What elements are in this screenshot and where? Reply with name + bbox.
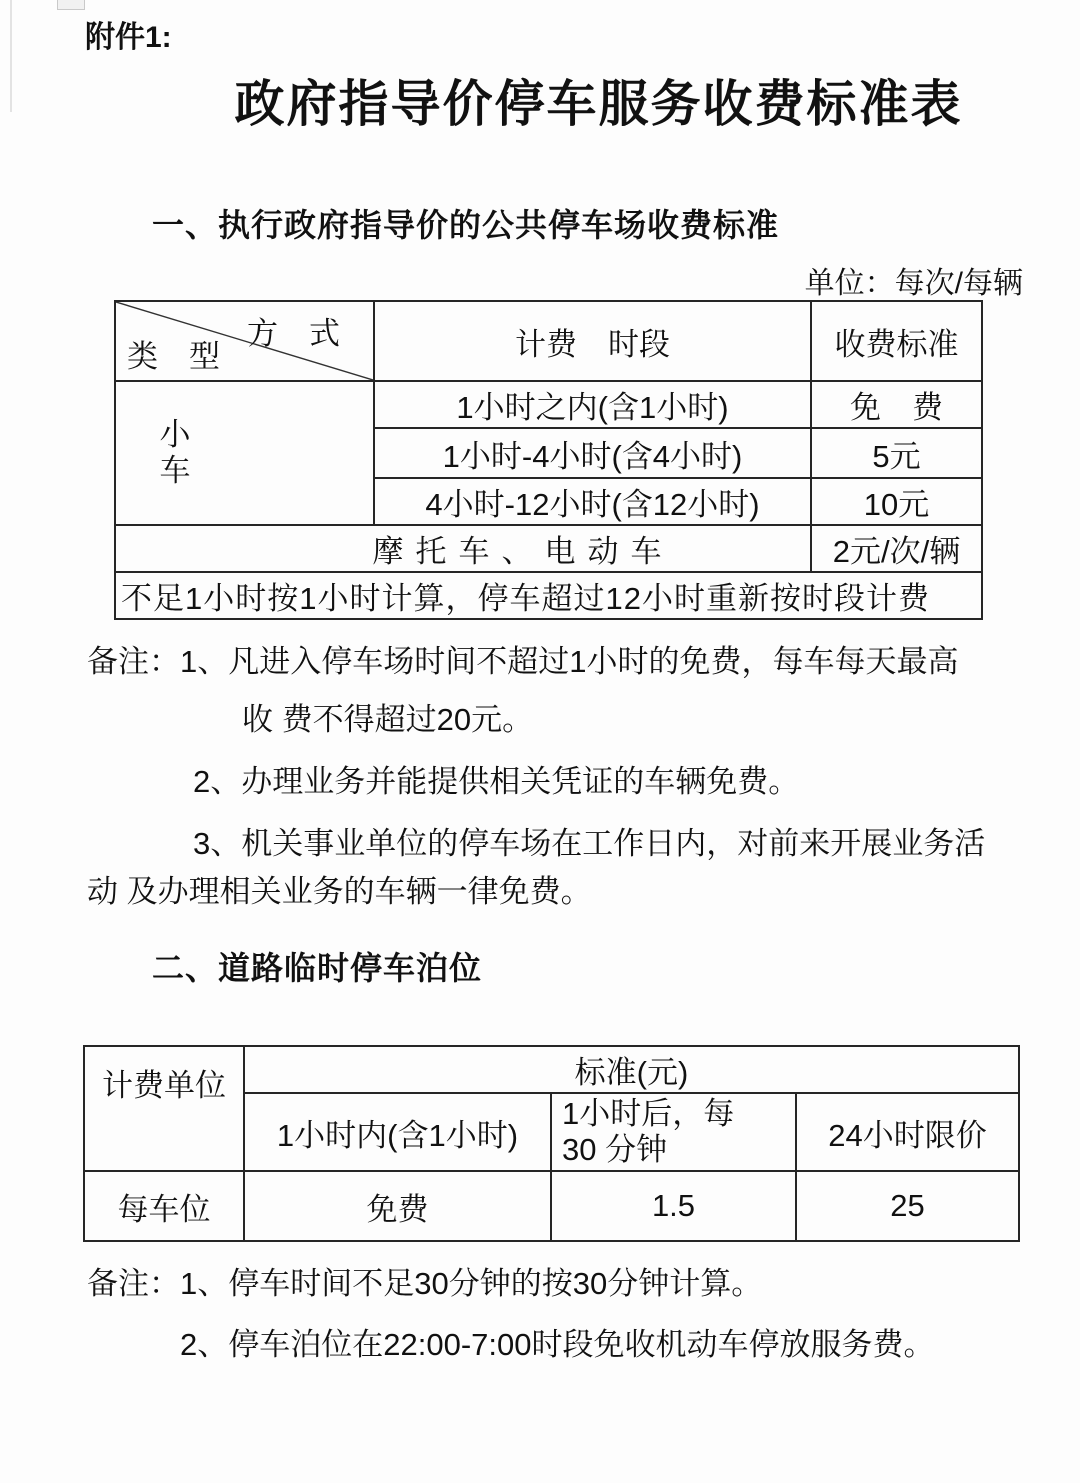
corner-label-method: 方 式 [247, 308, 340, 353]
subheader-after-hour: 1小时后，每 30 分钟 [551, 1093, 796, 1171]
diagonal-header-cell: 方 式 类 型 [115, 301, 374, 381]
subheader-after-hour-line2: 30 分钟 [562, 1132, 795, 1168]
subheader-first-hour: 1小时内(含1小时) [244, 1093, 551, 1171]
period-cell: 4小时-12小时(含12小时) [374, 478, 811, 525]
attachment-label: 附件1: [85, 12, 172, 56]
section1-note-line: 收 费不得超过20元。 [242, 701, 533, 738]
period-cell: 1小时-4小时(含4小时) [374, 428, 811, 478]
section1-note-line: 3、机关事业单位的停车场在工作日内，对前来开展业务活 [193, 825, 985, 862]
table-header-row: 计费单位 标准(元) [84, 1046, 1019, 1093]
after-hour-value-cell: 1.5 [551, 1171, 796, 1241]
section1-heading: 一、执行政府指导价的公共停车场收费标准 [152, 200, 779, 246]
table-footnote-row: 不足1小时按1小时计算，停车超过12小时重新按时段计费 [115, 572, 982, 619]
fee-cell: 免 费 [811, 381, 982, 428]
unit-note: 单位：每次/每辆 [805, 258, 1023, 302]
column-header-period: 计费 时段 [374, 301, 811, 381]
subheader-daily-cap: 24小时限价 [796, 1093, 1019, 1171]
scan-artifact-box [57, 0, 85, 10]
vehicle-group-label: 小车 [158, 417, 192, 488]
document-title: 政府指导价停车服务收费标准表 [0, 64, 1080, 136]
table-footnote-cell: 不足1小时按1小时计算，停车超过12小时重新按时段计费 [115, 572, 982, 619]
row-label-cell: 每车位 [84, 1171, 244, 1241]
corner-label-type: 类 型 [127, 331, 220, 376]
motorcycle-fee-cell: 2元/次/辆 [811, 525, 982, 572]
section2-note-line: 备注：1、停车时间不足30分钟的按30分钟计算。 [87, 1265, 762, 1302]
fee-cell: 5元 [811, 428, 982, 478]
daily-cap-value-cell: 25 [796, 1171, 1019, 1241]
table-row: 每车位 免费 1.5 25 [84, 1171, 1019, 1241]
section1-note-line: 备注：1、凡进入停车场时间不超过1小时的免费，每车每天最高 [87, 643, 958, 680]
vehicle-group-cell: 小车 [115, 381, 374, 525]
subheader-after-hour-line1: 1小时后，每 [562, 1096, 795, 1132]
section1-note-line: 2、办理业务并能提供相关凭证的车辆免费。 [193, 763, 799, 800]
table-header-row: 方 式 类 型 计费 时段 收费标准 [115, 301, 982, 381]
billing-unit-header: 计费单位 [84, 1046, 244, 1171]
roadside-parking-fee-table: 计费单位 标准(元) 1小时内(含1小时) 1小时后，每 30 分钟 24小时限… [83, 1045, 1020, 1242]
public-parking-fee-table: 方 式 类 型 计费 时段 收费标准 小车 1小时之内(含1小时) 免 费 1小… [114, 300, 983, 620]
fee-cell: 10元 [811, 478, 982, 525]
table-row-motorcycle: 摩托车、电动车 2元/次/辆 [115, 525, 982, 572]
document-page: 附件1: 政府指导价停车服务收费标准表 一、执行政府指导价的公共停车场收费标准 … [0, 0, 1080, 1483]
section2-heading: 二、道路临时停车泊位 [152, 943, 482, 989]
first-hour-value-cell: 免费 [244, 1171, 551, 1241]
section2-note-line: 2、停车泊位在22:00-7:00时段免收机动车停放服务费。 [180, 1326, 934, 1363]
table-row: 小车 1小时之内(含1小时) 免 费 [115, 381, 982, 428]
section1-note-line: 动 及办理相关业务的车辆一律免费。 [87, 873, 592, 910]
motorcycle-label-cell: 摩托车、电动车 [115, 525, 811, 572]
period-cell: 1小时之内(含1小时) [374, 381, 811, 428]
standard-header: 标准(元) [244, 1046, 1019, 1093]
column-header-fee: 收费标准 [811, 301, 982, 381]
